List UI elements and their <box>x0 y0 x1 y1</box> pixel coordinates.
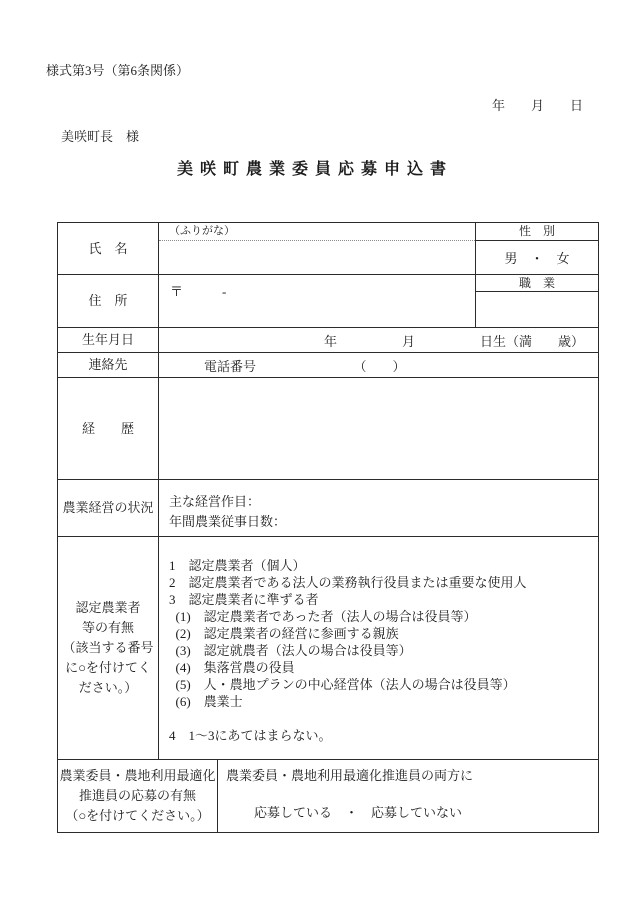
career-row: 経 歴 <box>58 378 598 480</box>
dual-application-cell: 農業委員・農地利用最適化推進員の両方に 応募している ・ 応募していない <box>218 760 598 832</box>
contact-row: 連絡先 電話番号 （ ） <box>58 353 598 378</box>
gender-header: 性 別 <box>476 223 598 241</box>
date-field[interactable]: 年 月 日 <box>492 95 583 114</box>
farming-status-fields[interactable]: 主な経営作目：年間農業従事日数： <box>159 480 598 536</box>
address-cell: 〒 - <box>159 275 475 327</box>
address-label: 住 所 <box>58 275 159 327</box>
farming-status-label: 農業経営の状況 <box>58 480 159 536</box>
application-form-table: 氏 名 （ふりがな） 性 別 男 ・ 女 住 所 〒 - 職 業 <box>57 222 599 833</box>
form-number: 様式第3号（第6条関係） <box>46 60 189 79</box>
addressee: 美咲町長 様 <box>61 126 139 145</box>
dual-application-options[interactable]: 応募している ・ 応募していない <box>226 803 592 823</box>
occupation-input-area[interactable] <box>476 292 598 327</box>
dual-application-row: 農業委員・農地利用最適化推進員の応募の有無（○を付けてください。） 農業委員・農… <box>58 760 598 832</box>
birthdate-row: 生年月日 年 月 日生（満 歳） <box>58 328 598 353</box>
career-label: 経 歴 <box>58 378 159 479</box>
postal-code-field[interactable]: 〒 - <box>159 275 475 300</box>
dual-application-label: 農業委員・農地利用最適化推進員の応募の有無（○を付けてください。） <box>58 760 218 832</box>
farming-status-row: 農業経営の状況 主な経営作目：年間農業従事日数： <box>58 480 598 537</box>
name-row: 氏 名 （ふりがな） 性 別 男 ・ 女 <box>58 223 598 275</box>
address-input-area[interactable] <box>159 300 475 327</box>
certified-farmer-row: 認定農業者等の有無（該当する番号に○を付けてください。） 1 認定農業者（個人）… <box>58 537 598 760</box>
birthdate-field[interactable]: 年 月 日生（満 歳） <box>159 328 598 352</box>
application-form-page: 様式第3号（第6条関係） 年 月 日 美咲町長 様 美咲町農業委員応募申込書 氏… <box>0 0 630 903</box>
name-label: 氏 名 <box>58 223 159 274</box>
birthdate-label: 生年月日 <box>58 328 159 352</box>
name-cell: （ふりがな） <box>159 223 475 274</box>
certified-farmer-label: 認定農業者等の有無（該当する番号に○を付けてください。） <box>58 537 159 759</box>
name-input-area[interactable] <box>159 241 475 274</box>
furigana-label: （ふりがな） <box>159 223 475 241</box>
gender-cell: 性 別 男 ・ 女 <box>475 223 598 274</box>
dual-application-heading: 農業委員・農地利用最適化推進員の両方に <box>226 766 592 786</box>
occupation-cell: 職 業 <box>475 275 598 327</box>
contact-label: 連絡先 <box>58 353 159 377</box>
occupation-header: 職 業 <box>476 275 598 292</box>
phone-field[interactable]: 電話番号 （ ） <box>159 353 598 377</box>
gender-options[interactable]: 男 ・ 女 <box>476 241 598 274</box>
document-title: 美咲町農業委員応募申込書 <box>0 156 630 179</box>
certified-farmer-options[interactable]: 1 認定農業者（個人）2 認定農業者である法人の業務執行役員または重要な使用人3… <box>159 537 598 759</box>
address-row: 住 所 〒 - 職 業 <box>58 275 598 328</box>
career-input-area[interactable] <box>159 378 598 479</box>
